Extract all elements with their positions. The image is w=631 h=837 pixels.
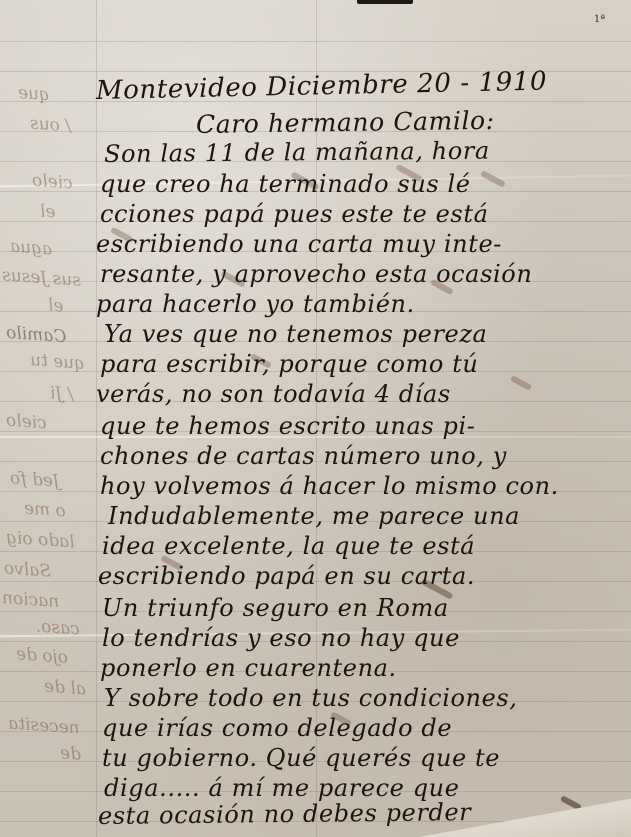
letter-dateline: Montevideo Diciembre 20 - 1910 — [96, 67, 548, 106]
letter-line: tu gobierno. Qué querés que te — [102, 744, 500, 772]
letter-body: Montevideo Diciembre 20 - 1910 Caro herm… — [0, 0, 631, 837]
letter-line: esta ocasión no debes perder — [98, 798, 472, 830]
letter-line: lo tendrías y eso no hay que — [102, 624, 460, 652]
letter-line: Un triunfo seguro en Roma — [102, 594, 449, 622]
letter-line: Ya ves que no tenemos pereza — [104, 320, 487, 348]
letter-line: chones de cartas número uno, y — [100, 442, 507, 470]
letter-salutation: Caro hermano Camilo: — [196, 106, 495, 139]
letter-line: para escribir, porque como tú — [100, 350, 479, 378]
letter-line: Y sobre todo en tus condiciones, — [104, 684, 518, 712]
letter-line: para hacerlo yo también. — [96, 290, 415, 318]
letter-line: resante, y aprovecho esta ocasión — [100, 260, 532, 288]
letter-line: verás, no son todavía 4 días — [96, 380, 451, 408]
letter-line: cciones papá pues este te está — [100, 200, 489, 228]
letter-line: que te hemos escrito unas pi- — [100, 412, 476, 440]
letter-line: escribiendo una carta muy inte- — [96, 230, 502, 258]
letter-line: idea excelente, la que te está — [102, 532, 475, 560]
letter-page: 1ª que / ous cielo el agua sus Jesus el … — [0, 0, 631, 837]
letter-line: Son las 11 de la mañana, hora — [104, 137, 490, 168]
letter-line: ponerlo en cuarentena. — [100, 654, 397, 682]
letter-line: hoy volvemos á hacer lo mismo con. — [100, 472, 559, 500]
letter-line: que irías como delegado de — [102, 714, 452, 742]
letter-line: Indudablemente, me parece una — [108, 502, 520, 530]
letter-line: que creo ha terminado sus lé — [100, 170, 471, 198]
letter-line: escribiendo papá en su carta. — [98, 562, 475, 590]
